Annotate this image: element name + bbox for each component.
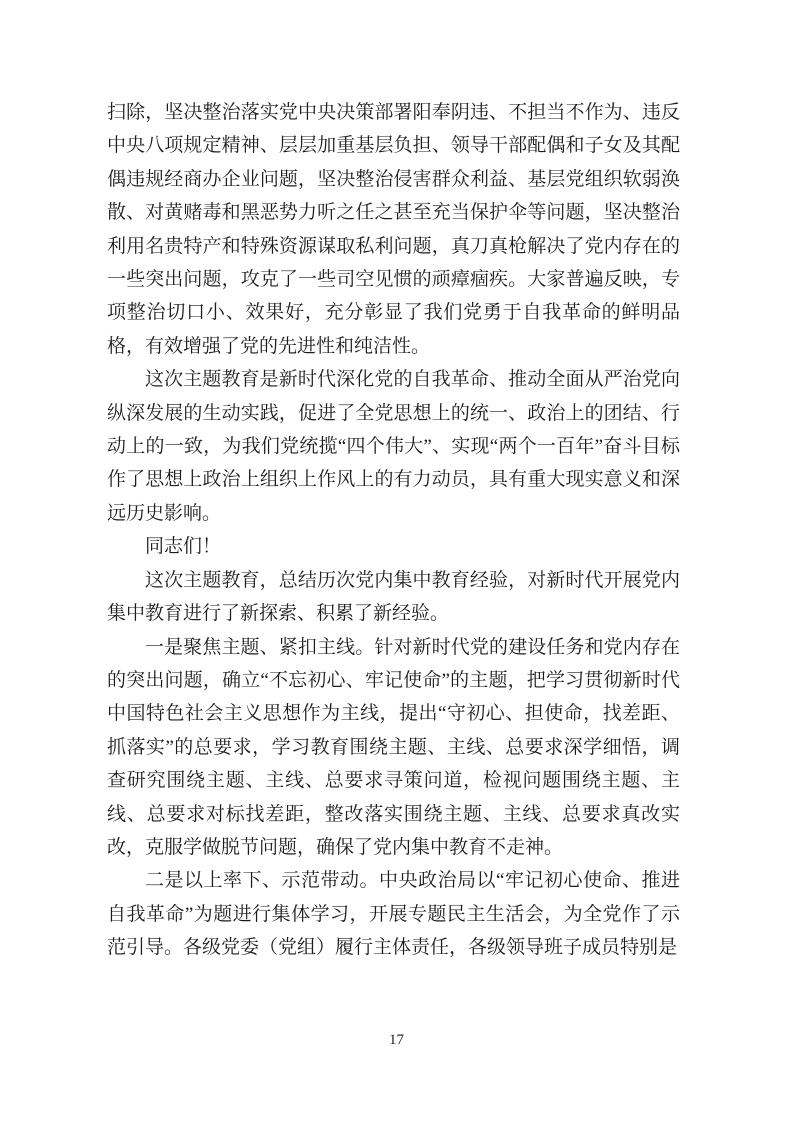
paragraph-continuation: 扫除，坚决整治落实党中央决策部署阳奉阴违、不担当不作为、违反中央八项规定精神、层… xyxy=(107,96,680,363)
page-footer: 17 xyxy=(0,1031,793,1049)
document-body: 扫除，坚决整治落实党中央决策部署阳奉阴违、不担当不作为、违反中央八项规定精神、层… xyxy=(107,96,680,965)
paragraph: 这次主题教育是新时代深化党的自我革命、推动全面从严治党向纵深发展的生动实践，促进… xyxy=(107,363,680,530)
document-page: 扫除，坚决整治落实党中央决策部署阳奉阴违、不担当不作为、违反中央八项规定精神、层… xyxy=(0,0,793,1122)
page-number: 17 xyxy=(389,1032,404,1048)
paragraph: 一是聚焦主题、紧扣主线。针对新时代党的建设任务和党内存在的突出问题，确立“不忘初… xyxy=(107,631,680,865)
paragraph: 二是以上率下、示范带动。中央政治局以“牢记初心使命、推进自我革命”为题进行集体学… xyxy=(107,864,680,964)
paragraph: 这次主题教育，总结历次党内集中教育经验，对新时代开展党内集中教育进行了新探索、积… xyxy=(107,564,680,631)
paragraph-salutation: 同志们！ xyxy=(107,530,680,563)
